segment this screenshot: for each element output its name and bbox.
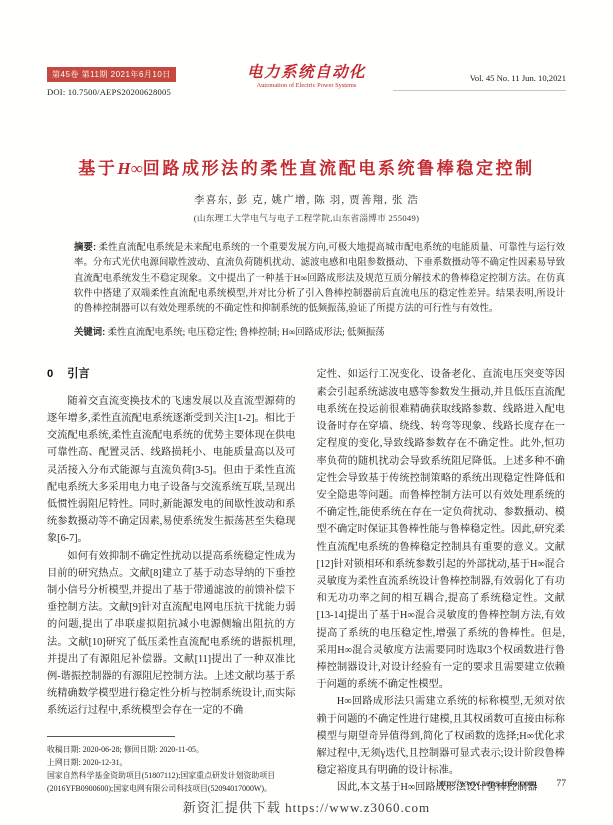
intro-paragraph: 定性、如运行工况变化、设备老化、直流电压突变等因素会引起系统滤波电感等参数发生摄… [317, 366, 566, 693]
header-left-block: 第45卷 第11期 2021年6月10日 DOI: 10.7500/AEPS20… [47, 64, 257, 97]
right-column: 定性、如运行工况变化、设备老化、直流电压突变等因素会引起系统滤波电感等参数发生摄… [317, 366, 566, 796]
footnote-divider [47, 736, 175, 737]
download-watermark-link[interactable]: 新资汇提供下载 https://www.z3060.com [0, 797, 613, 816]
page-number: 77 [556, 778, 566, 789]
journal-name-en: Automation of Electric Power Systems [247, 81, 366, 90]
section-title: 引言 [67, 368, 89, 380]
footnote-block: 收稿日期: 2020-06-28; 修回日期: 2020-11-05。 上网日期… [47, 736, 296, 796]
left-column: 0引言 随着交直流变换技术的飞速发展以及直流型源荷的逐年增多,柔性直流配电系统逐… [47, 366, 296, 796]
section-heading-introduction: 0引言 [47, 366, 296, 383]
doi-text: DOI: 10.7500/AEPS20200628005 [47, 87, 257, 97]
abstract-text: 柔性直流配电系统是未来配电系统的一个重要发展方向,可极大地提高城市配电系统的电能… [74, 243, 565, 314]
abstract-block: 摘要: 柔性直流配电系统是未来配电系统的一个重要发展方向,可极大地提高城市配电系… [74, 239, 565, 317]
journal-logo: 电力系统自动化 Automation of Electric Power Sys… [247, 64, 366, 90]
footnote-online-date: 上网日期: 2020-12-31。 [47, 756, 296, 769]
journal-website-link[interactable]: http://www.aeps-info.com [436, 778, 536, 789]
paper-title: 基于H∞回路成形法的柔性直流配电系统鲁棒稳定控制 [47, 154, 566, 179]
paper-title-prefix: 基于 [78, 159, 117, 178]
authors-line: 李喜东, 彭 克, 姚广增, 陈 羽, 贾善翔, 张 浩 [47, 192, 566, 207]
issue-badge: 第45卷 第11期 2021年6月10日 [47, 67, 176, 82]
footnote-dates: 收稿日期: 2020-06-28; 修回日期: 2020-11-05。 [47, 743, 296, 756]
intro-paragraph: 随着交直流变换技术的飞速发展以及直流型源荷的逐年增多,柔性直流配电系统逐渐受到关… [47, 393, 296, 548]
keywords-text: 柔性直流配电系统; 电压稳定性; 鲁棒控制; H∞回路成形法; 低频振荡 [108, 328, 385, 338]
paper-page: 第45卷 第11期 2021年6月10日 DOI: 10.7500/AEPS20… [0, 0, 613, 825]
journal-name-cn: 电力系统自动化 [247, 64, 366, 81]
journal-header: 第45卷 第11期 2021年6月10日 DOI: 10.7500/AEPS20… [47, 64, 566, 108]
page-footer: http://www.aeps-info.com 77 [436, 778, 566, 789]
header-divider [393, 90, 566, 91]
affiliation-line: (山东理工大学电气与电子工程学院,山东省淄博市 255049) [47, 212, 566, 224]
body-columns: 0引言 随着交直流变换技术的飞速发展以及直流型源荷的逐年增多,柔性直流配电系统逐… [47, 366, 566, 796]
issue-info-en: Vol. 45 No. 11 Jun. 10,2021 [464, 73, 566, 83]
abstract-label: 摘要: [74, 241, 96, 252]
keywords-label: 关键词: [74, 326, 105, 337]
section-number: 0 [47, 368, 53, 380]
paper-title-suffix: 回路成形法的柔性直流配电系统鲁棒稳定控制 [143, 159, 535, 178]
intro-paragraph: 如何有效抑制不确定性扰动以提高系统稳定性成为目前的研究热点。文献[8]建立了基于… [47, 548, 296, 720]
keywords-block: 关键词: 柔性直流配电系统; 电压稳定性; 鲁棒控制; H∞回路成形法; 低频振… [74, 324, 565, 341]
intro-paragraph: H∞回路成形法只需建立系统的标称模型,无须对依赖于问题的不确定性进行建模,且其权… [317, 693, 566, 779]
paper-title-math-symbol: H∞ [117, 159, 142, 178]
footnote-funding: 国家自然科学基金资助项目(51807112);国家重点研发计划资助项目(2016… [47, 769, 296, 795]
